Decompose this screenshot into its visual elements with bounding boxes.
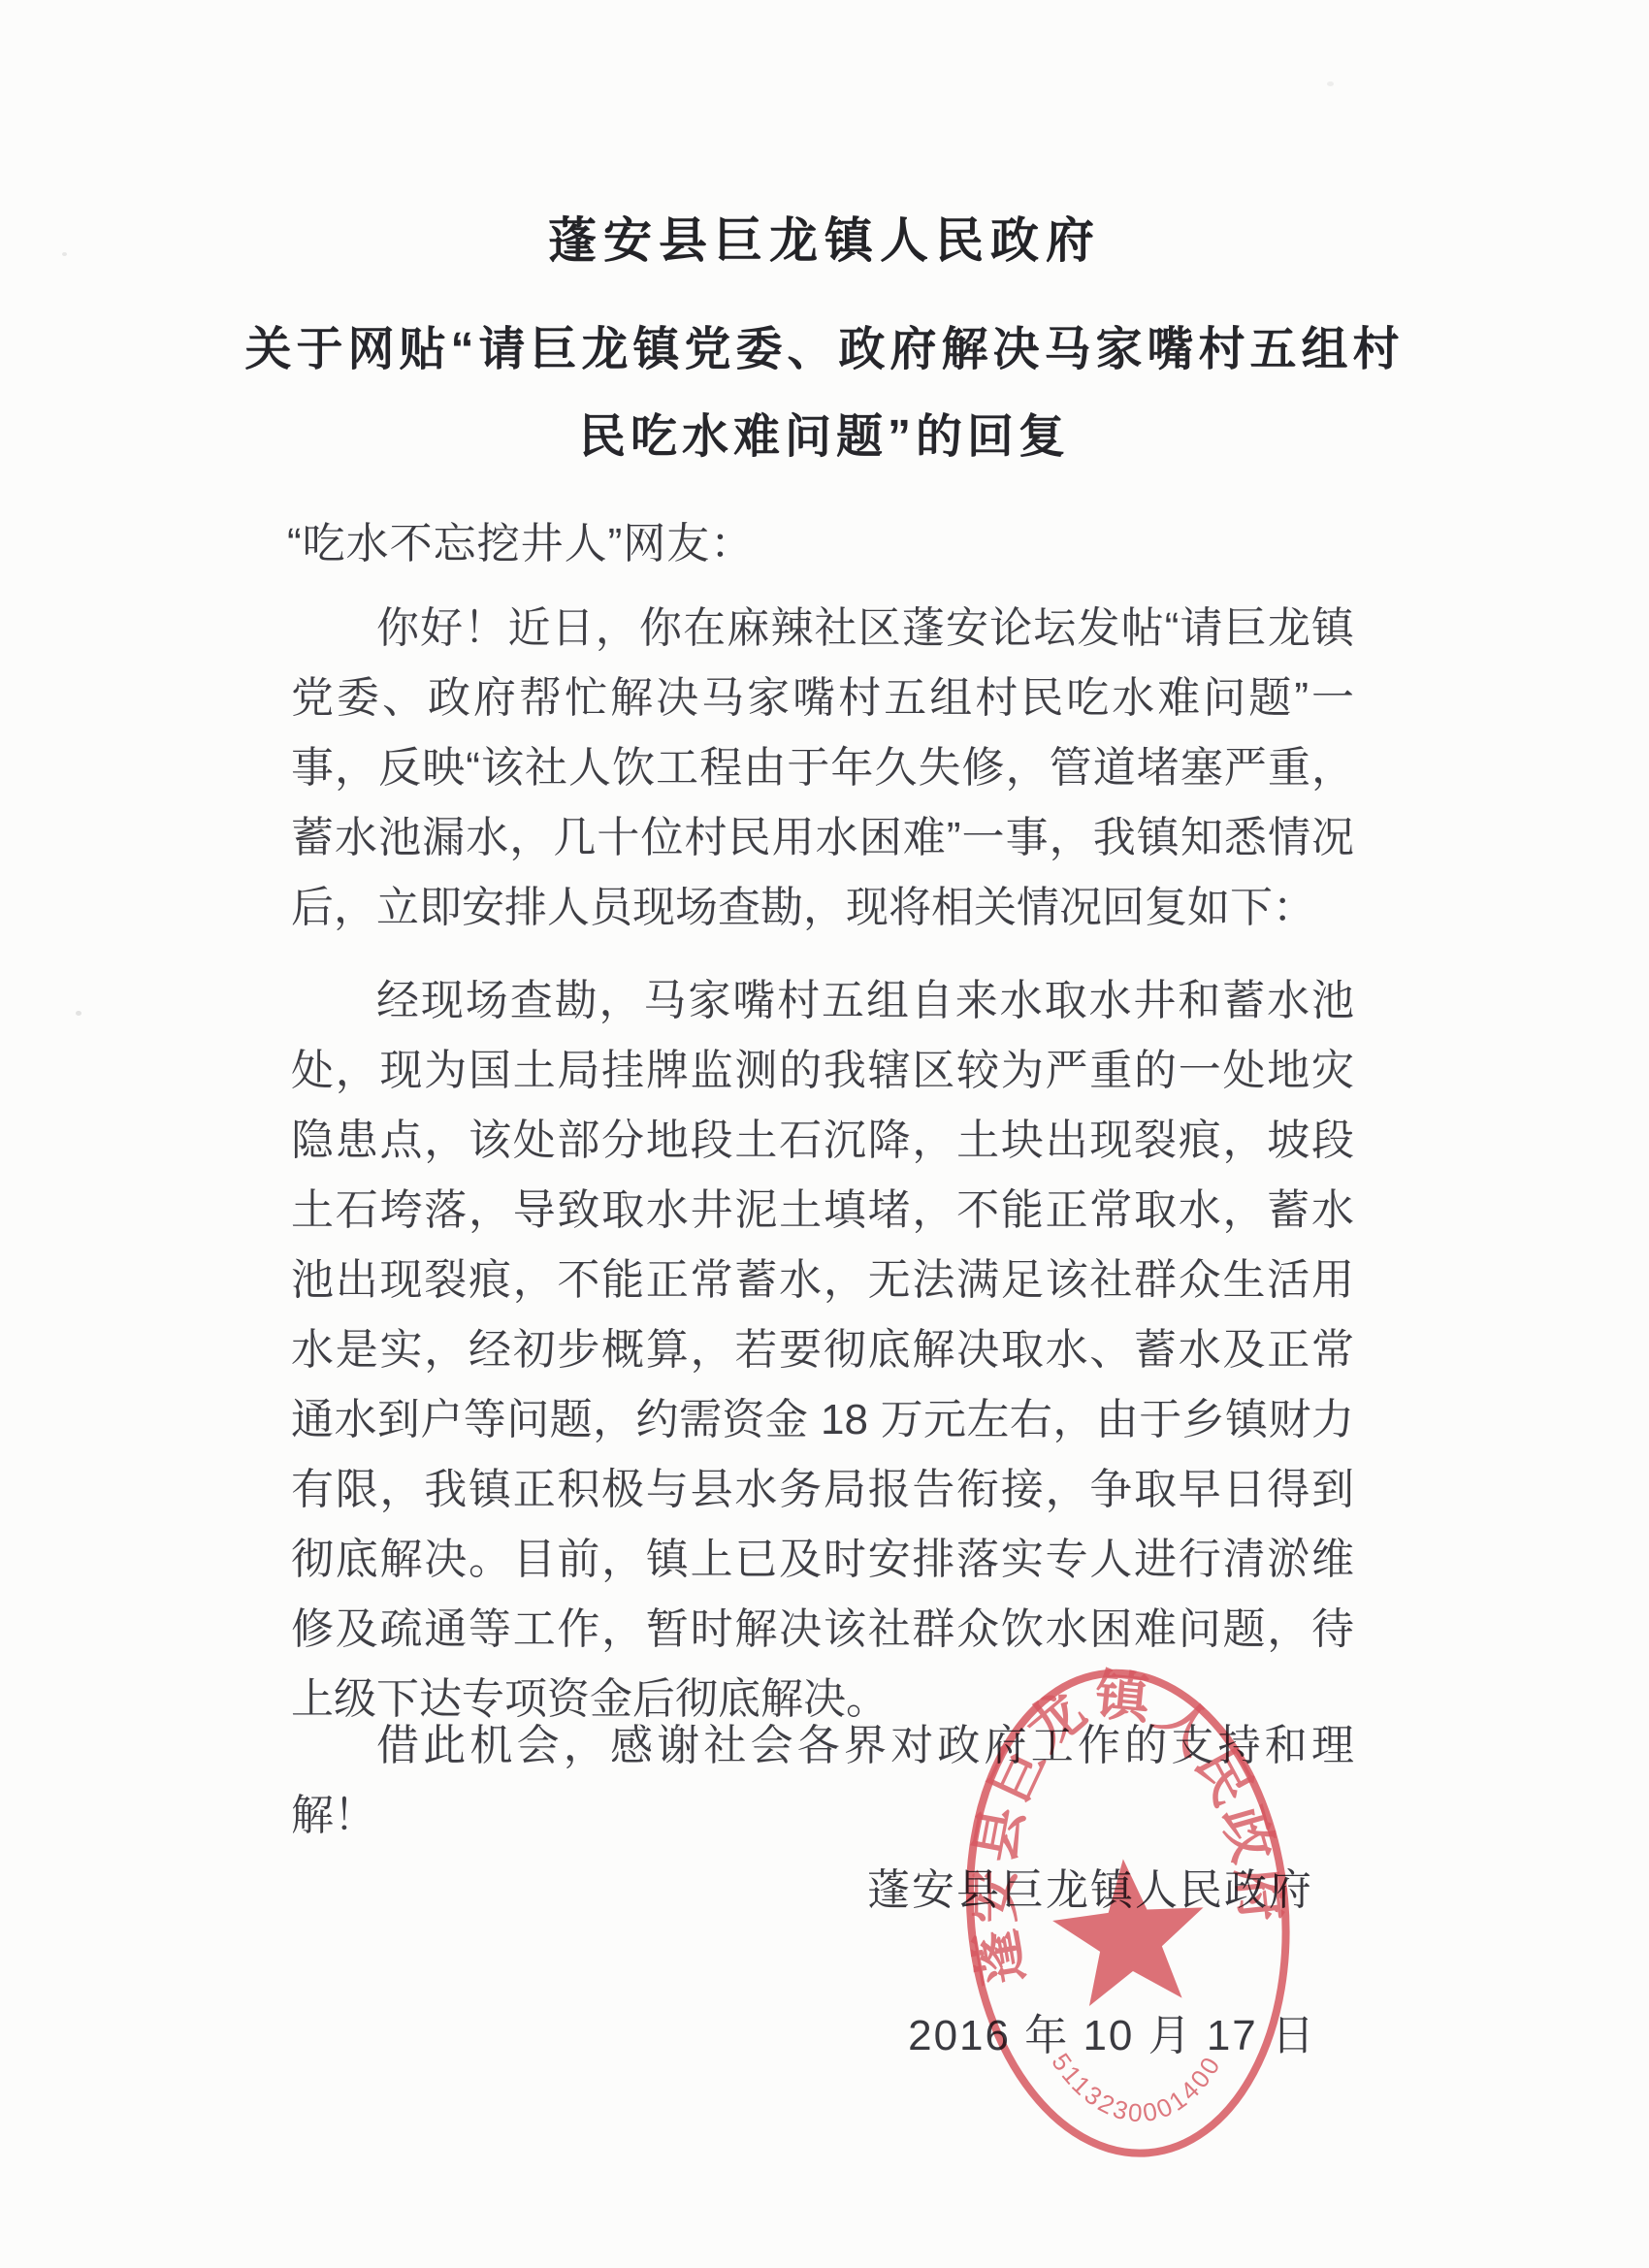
document-page: 蓬安县巨龙镇人民政府 关于网贴“请巨龙镇党委、政府解决马家嘴村五组村 民吃水难问… (0, 0, 1649, 2268)
star-icon (1048, 1853, 1211, 2009)
paragraph-2: 经现场查勘，马家嘴村五组自来水取水井和蓄水池处，现为国土局挂牌监测的我辖区较为严… (291, 966, 1354, 1734)
paragraph-1: 你好！近日，你在麻辣社区蓬安论坛发帖“请巨龙镇党委、政府帮忙解决马家嘴村五组村民… (291, 594, 1354, 943)
document-title: 蓬安县巨龙镇人民政府 (0, 202, 1649, 272)
official-seal-stamp: 蓬安县巨龙镇人民政府 5113230001400 (934, 1644, 1327, 2187)
scan-speck (76, 1011, 81, 1016)
subtitle-line-2: 民吃水难问题”的回复 (0, 394, 1649, 481)
salutation: “吃水不忘挖井人”网友： (287, 508, 754, 570)
document-subtitle: 关于网贴“请巨龙镇党委、政府解决马家嘴村五组村 民吃水难问题”的回复 (0, 307, 1649, 481)
seal-code-number: 5113230001400 (1045, 2034, 1232, 2136)
subtitle-line-1: 关于网贴“请巨龙镇党委、政府解决马家嘴村五组村 (0, 307, 1649, 394)
scan-speck (1327, 81, 1334, 86)
scan-speck (62, 252, 67, 256)
